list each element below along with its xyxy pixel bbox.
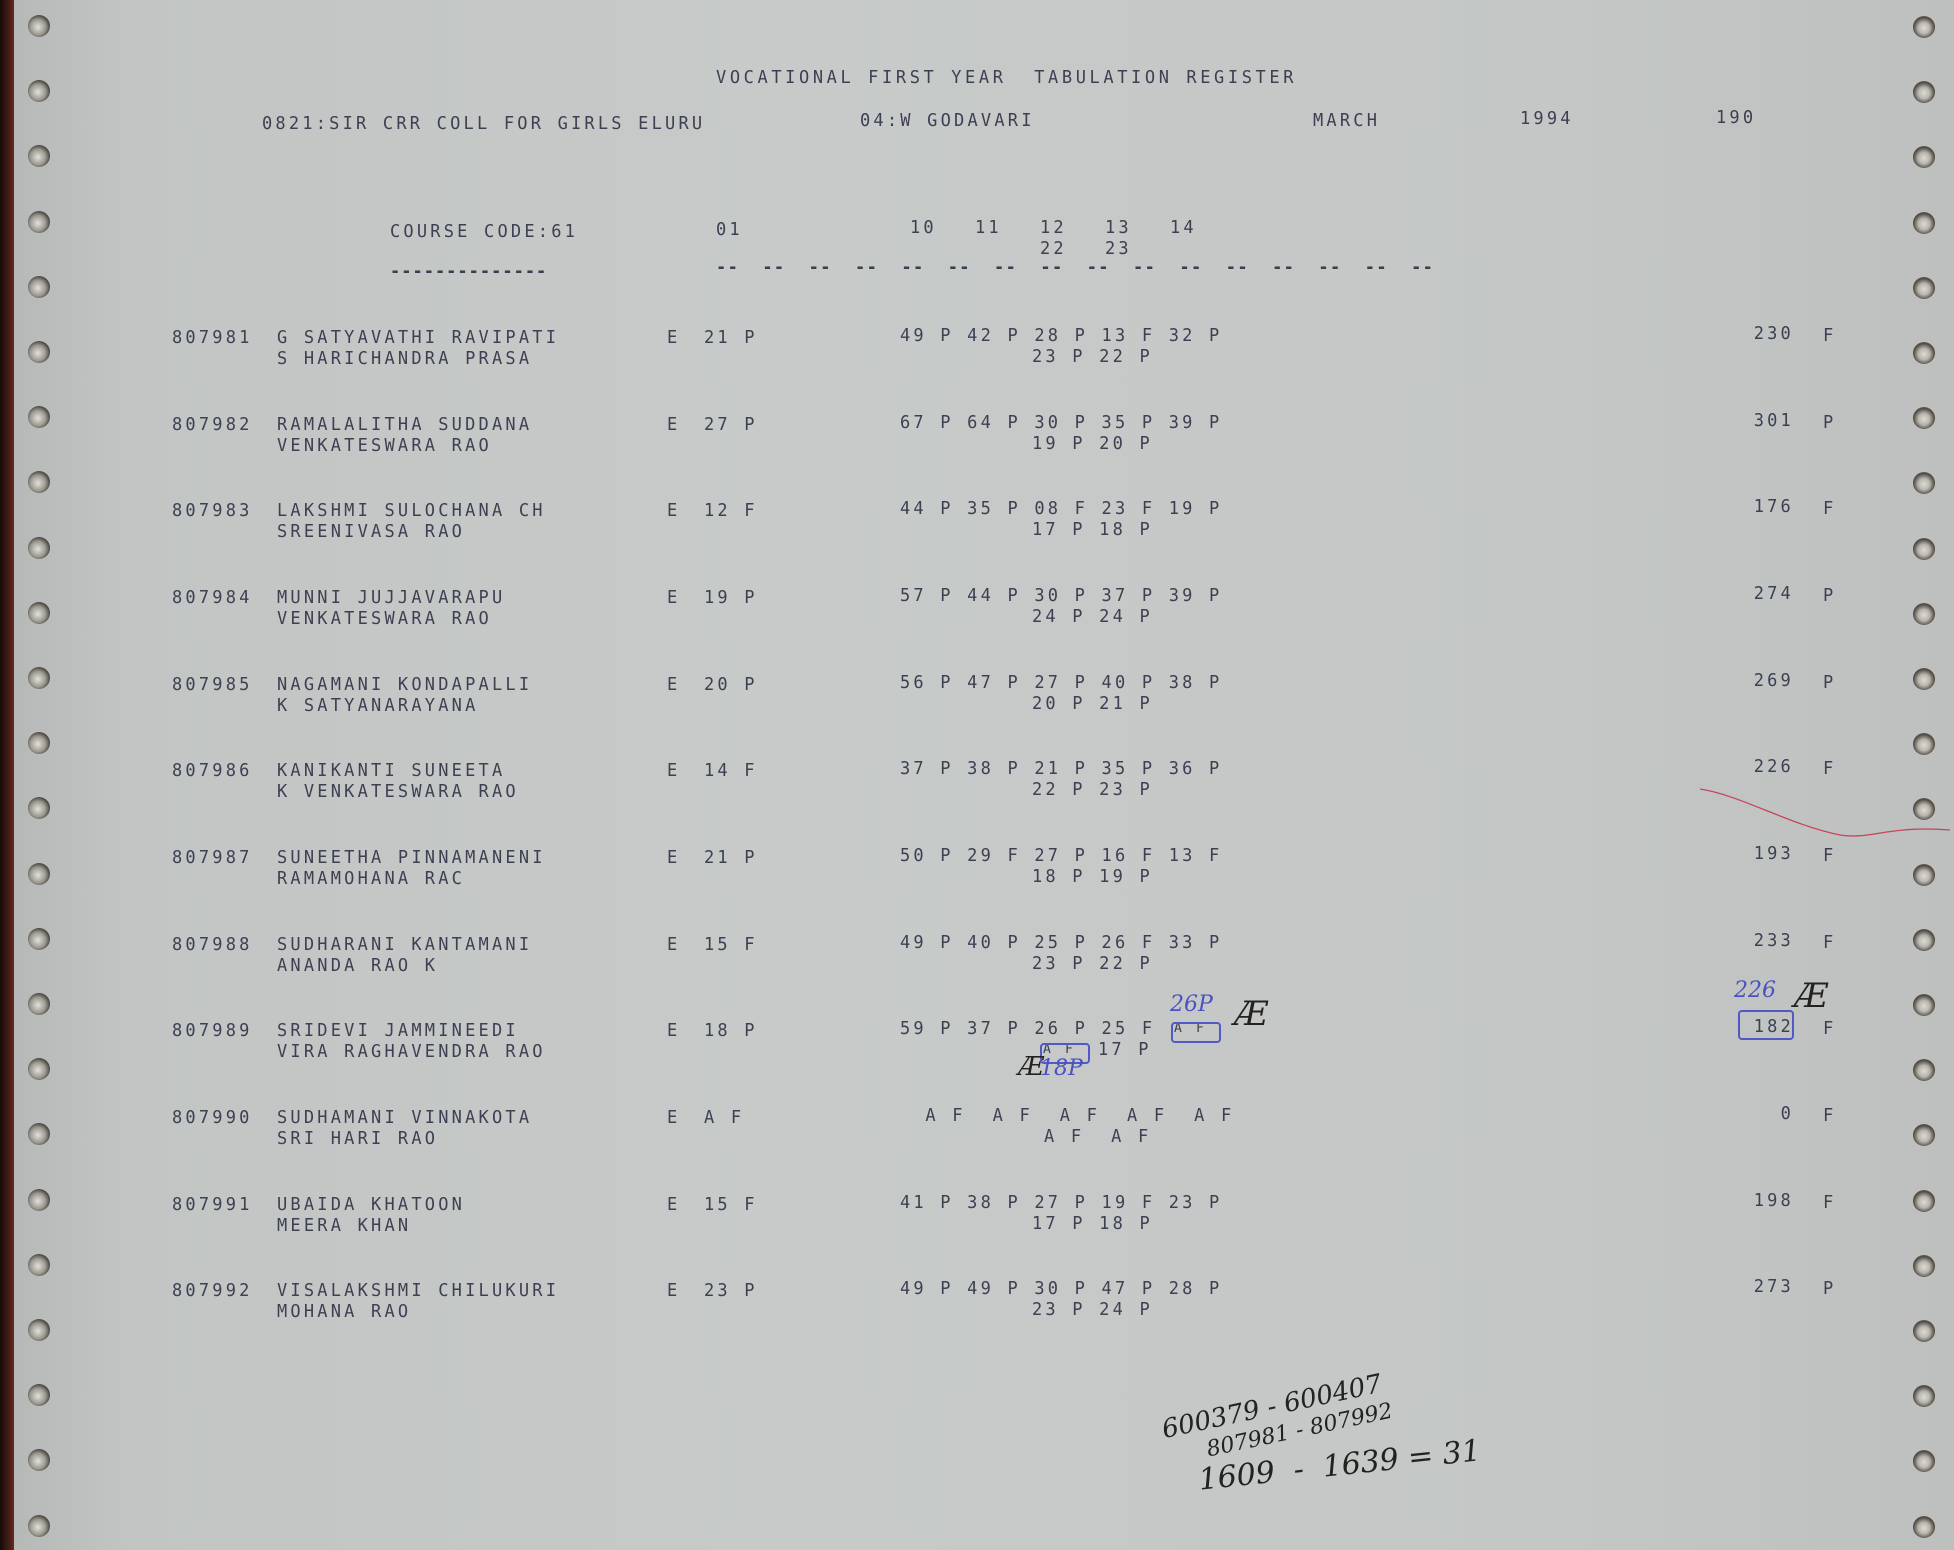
medium: E (667, 1021, 680, 1042)
feed-hole-icon (1913, 1320, 1935, 1342)
feed-hole-icon (1913, 1190, 1935, 1212)
medium: E (667, 1281, 680, 1302)
register-title: VOCATIONAL FIRST YEAR TABULATION REGISTE… (716, 68, 1297, 89)
final-result: F (1823, 759, 1836, 780)
subject-scores-line1: 44 P 35 P 08 F 23 F 19 P (900, 499, 1222, 520)
roll-number: 807990 (172, 1108, 253, 1129)
college-name: 0821:SIR CRR COLL FOR GIRLS ELURU (262, 114, 705, 135)
student-name: UBAIDA KHATOON (277, 1195, 465, 1216)
subject-01-score: 15 F (704, 1195, 758, 1216)
grand-total: 0 (1742, 1104, 1794, 1125)
subject-scores-line2: 17 P (1098, 1040, 1152, 1061)
grand-total: 230 (1742, 324, 1794, 345)
student-name: NAGAMANI KONDAPALLI (277, 675, 532, 696)
medium: E (667, 328, 680, 349)
subject-01-score: 21 P (704, 848, 758, 869)
subject-scores-line1: 67 P 64 P 30 P 35 P 39 P (900, 413, 1222, 434)
handwritten-correction-18p: 18P (1040, 1056, 1083, 1081)
medium: E (667, 501, 680, 522)
boxed-mark-af-14 (1171, 1022, 1221, 1043)
total-initials: Æ (1794, 976, 1828, 1016)
col-header-10: 10 (910, 218, 937, 239)
father-name: S HARICHANDRA PRASA (277, 349, 532, 370)
student-name: G SATYAVATHI RAVIPATI (277, 328, 559, 349)
grand-total: 198 (1742, 1191, 1794, 1212)
final-result: F (1823, 846, 1836, 867)
feed-hole-icon (28, 667, 50, 689)
exam-year: 1994 (1520, 109, 1574, 130)
final-result: P (1823, 673, 1836, 694)
course-code: COURSE CODE:61 (390, 222, 578, 243)
paper-edge (0, 0, 14, 1550)
subject-01-score: 19 P (704, 588, 758, 609)
final-result: F (1823, 1106, 1836, 1127)
final-result: P (1823, 586, 1836, 607)
subject-scores-line2: 18 P 19 P (1032, 867, 1153, 888)
roll-number: 807983 (172, 501, 253, 522)
roll-number: 807981 (172, 328, 253, 349)
feed-hole-icon (28, 928, 50, 950)
subject-scores-line2: 23 P 22 P (1032, 954, 1153, 975)
father-name: VIRA RAGHAVENDRA RAO (277, 1042, 546, 1063)
subject-scores-line2: 22 P 23 P (1032, 780, 1153, 801)
subject-scores-line1: 37 P 38 P 21 P 35 P 36 P (900, 759, 1222, 780)
subject-scores-line1: 49 P 42 P 28 P 13 F 32 P (900, 326, 1222, 347)
student-name: SRIDEVI JAMMINEEDI (277, 1021, 519, 1042)
subject-01-score: 20 P (704, 675, 758, 696)
exam-month: MARCH (1313, 111, 1380, 132)
feed-hole-icon (28, 276, 50, 298)
handwritten-corrected-total: 226 (1734, 978, 1776, 1003)
subject-01-score: 14 F (704, 761, 758, 782)
roll-number: 807988 (172, 935, 253, 956)
medium: E (667, 1108, 680, 1129)
col-header-12: 12 (1040, 218, 1067, 239)
subject-01-score: 23 P (704, 1281, 758, 1302)
feed-hole-icon (1913, 929, 1935, 951)
subject-scores-line2: 23 P 24 P (1032, 1300, 1153, 1321)
feed-hole-icon (1913, 1255, 1935, 1277)
feed-hole-icon (28, 537, 50, 559)
final-result: P (1823, 413, 1836, 434)
final-result: F (1823, 326, 1836, 347)
red-pen-line (1700, 785, 1950, 845)
subject-01-score: 12 F (704, 501, 758, 522)
roll-number: 807989 (172, 1021, 253, 1042)
student-name: SUNEETHA PINNAMANENI (277, 848, 546, 869)
final-result: P (1823, 1279, 1836, 1300)
subject-scores-line1: 41 P 38 P 27 P 19 F 23 P (900, 1193, 1222, 1214)
col-header-22: 22 (1040, 239, 1067, 260)
handwritten-correction-26p: 26P (1170, 992, 1213, 1017)
medium: E (667, 415, 680, 436)
final-result: F (1823, 933, 1836, 954)
subject-scores-line2: 20 P 21 P (1032, 694, 1153, 715)
feed-hole-icon (1913, 277, 1935, 299)
feed-hole-icon (1913, 1516, 1935, 1538)
column-dashes: -- -- -- -- -- -- -- -- -- -- -- -- -- -… (716, 258, 1434, 279)
initials-mark: Æ (1018, 1052, 1044, 1082)
subject-01-score: 18 P (704, 1021, 758, 1042)
student-name: VISALAKSHMI CHILUKURI (277, 1281, 559, 1302)
feed-hole-icon (1913, 603, 1935, 625)
feed-hole-icon (28, 1254, 50, 1276)
subject-scores-line2: 24 P 24 P (1032, 607, 1153, 628)
grand-total: 269 (1742, 671, 1794, 692)
roll-number: 807984 (172, 588, 253, 609)
feed-hole-icon (28, 1319, 50, 1341)
subject-scores-line1: 50 P 29 F 27 P 16 F 13 F (900, 846, 1222, 867)
feed-hole-icon (28, 602, 50, 624)
subject-scores-line1: 56 P 47 P 27 P 40 P 38 P (900, 673, 1222, 694)
medium: E (667, 761, 680, 782)
feed-hole-icon (28, 863, 50, 885)
student-name: RAMALALITHA SUDDANA (277, 415, 532, 436)
father-name: MEERA KHAN (277, 1216, 411, 1237)
subject-01-score: 21 P (704, 328, 758, 349)
subject-scores-line2: A F A F (1044, 1127, 1151, 1148)
father-name: ANANDA RAO K (277, 956, 438, 977)
col-header-01: 01 (716, 220, 743, 241)
subject-scores-line1: 49 P 40 P 25 P 26 F 33 P (900, 933, 1222, 954)
student-name: SUDHARANI KANTAMANI (277, 935, 532, 956)
medium: E (667, 1195, 680, 1216)
page-number: 190 (1716, 108, 1756, 129)
feed-hole-icon (1913, 668, 1935, 690)
col-header-23: 23 (1105, 239, 1132, 260)
subject-scores-line1: A F A F A F A F A F (912, 1106, 1234, 1127)
student-name: KANIKANTI SUNEETA (277, 761, 505, 782)
subject-scores-line2: 17 P 18 P (1032, 1214, 1153, 1235)
grand-total: 273 (1742, 1277, 1794, 1298)
father-name: VENKATESWARA RAO (277, 609, 492, 630)
feed-hole-icon (1913, 342, 1935, 364)
feed-hole-icon (28, 15, 50, 37)
feed-hole-icon (1913, 994, 1935, 1016)
father-name: SRI HARI RAO (277, 1129, 438, 1150)
subject-scores-line1: 49 P 49 P 30 P 47 P 28 P (900, 1279, 1222, 1300)
father-name: SREENIVASA RAO (277, 522, 465, 543)
grand-total: 193 (1742, 844, 1794, 865)
father-name: K SATYANARAYANA (277, 696, 479, 717)
col-header-11: 11 (975, 218, 1002, 239)
grand-total: 301 (1742, 411, 1794, 432)
feed-hole-icon (28, 341, 50, 363)
subject-scores-line2: 23 P 22 P (1032, 347, 1153, 368)
roll-number: 807991 (172, 1195, 253, 1216)
grand-total: 226 (1742, 757, 1794, 778)
father-name: RAMAMOHANA RAC (277, 869, 465, 890)
feed-hole-icon (1913, 212, 1935, 234)
medium: E (667, 935, 680, 956)
grand-total: 233 (1742, 931, 1794, 952)
roll-number: 807987 (172, 848, 253, 869)
subject-scores-line1: 57 P 44 P 30 P 37 P 39 P (900, 586, 1222, 607)
final-result: F (1823, 1019, 1836, 1040)
feed-hole-icon (1913, 16, 1935, 38)
student-name: LAKSHMI SULOCHANA CH (277, 501, 546, 522)
roll-number: 807992 (172, 1281, 253, 1302)
subject-scores-line1: 59 P 37 P 26 P 25 F (900, 1019, 1155, 1040)
course-underline: -------------- (390, 262, 547, 283)
feed-hole-icon (28, 211, 50, 233)
father-name: MOHANA RAO (277, 1302, 411, 1323)
medium: E (667, 588, 680, 609)
subject-scores-line2: 19 P 20 P (1032, 434, 1153, 455)
subject-01-score: A F (704, 1108, 744, 1129)
roll-number: 807985 (172, 675, 253, 696)
grand-total: 274 (1742, 584, 1794, 605)
final-result: F (1823, 499, 1836, 520)
medium: E (667, 675, 680, 696)
medium: E (667, 848, 680, 869)
final-result: F (1823, 1193, 1836, 1214)
feed-hole-icon (28, 1189, 50, 1211)
student-name: SUDHAMANI VINNAKOTA (277, 1108, 532, 1129)
father-name: K VENKATESWARA RAO (277, 782, 519, 803)
feed-hole-icon (1913, 538, 1935, 560)
feed-hole-icon (28, 993, 50, 1015)
boxed-total (1738, 1010, 1794, 1040)
grand-total: 176 (1742, 497, 1794, 518)
district: 04:W GODAVARI (860, 111, 1035, 132)
roll-number: 807986 (172, 761, 253, 782)
initials-signature: Æ (1234, 994, 1268, 1034)
col-header-14: 14 (1170, 218, 1197, 239)
roll-number: 807982 (172, 415, 253, 436)
feed-hole-icon (1913, 864, 1935, 886)
feed-hole-icon (28, 1515, 50, 1537)
subject-scores-line2: 17 P 18 P (1032, 520, 1153, 541)
student-name: MUNNI JUJJAVARAPU (277, 588, 505, 609)
father-name: VENKATESWARA RAO (277, 436, 492, 457)
col-header-13: 13 (1105, 218, 1132, 239)
subject-01-score: 27 P (704, 415, 758, 436)
subject-01-score: 15 F (704, 935, 758, 956)
